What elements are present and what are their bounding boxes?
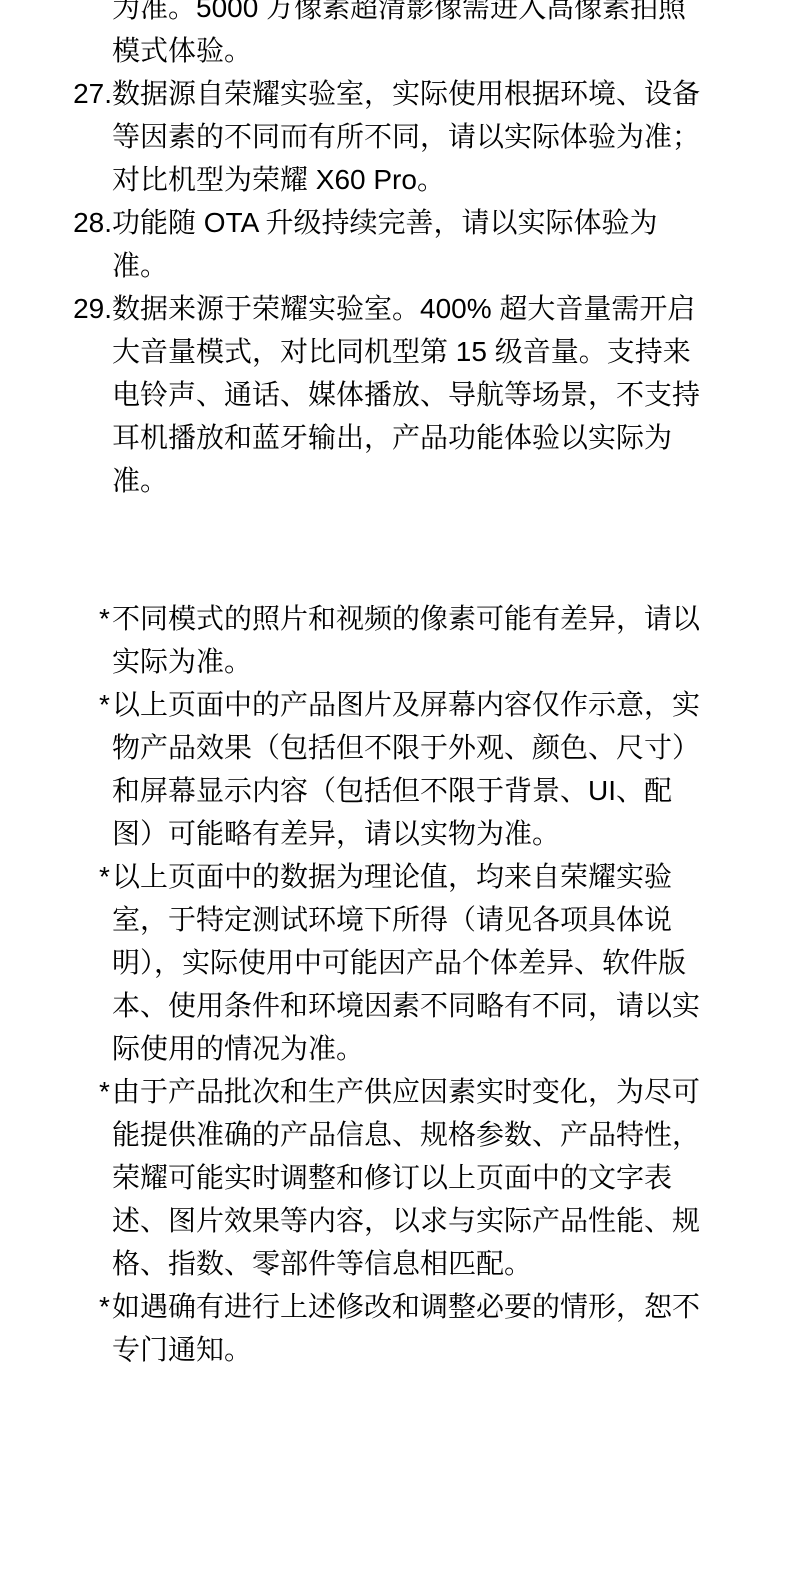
note-item-29: 29. 数据来源于荣耀实验室。400% 超大音量需开启大音量模式，对比同机型第 …	[66, 287, 790, 502]
starred-note-item: * 以上页面中的产品图片及屏幕内容仅作示意，实物产品效果（包括但不限于外观、颜色…	[99, 683, 790, 855]
starred-note-text: 以上页面中的数据为理论值，均来自荣耀实验室，于特定测试环境下所得（请见各项具体说…	[112, 855, 704, 1070]
starred-note-text: 由于产品批次和生产供应因素实时变化，为尽可能提供准确的产品信息、规格参数、产品特…	[112, 1070, 704, 1285]
note-marker	[66, 0, 112, 72]
note-item-continuation: 为准。5000 万像素超清影像需进入高像素拍照模式体验。	[66, 0, 790, 72]
note-marker: 28.	[66, 201, 112, 287]
starred-note-item: * 如遇确有进行上述修改和调整必要的情形，恕不专门通知。	[99, 1285, 790, 1371]
starred-note-text: 不同模式的照片和视频的像素可能有差异，请以实际为准。	[112, 597, 704, 683]
note-item-28: 28. 功能随 OTA 升级持续完善，请以实际体验为准。	[66, 201, 790, 287]
starred-note-text: 以上页面中的产品图片及屏幕内容仅作示意，实物产品效果（包括但不限于外观、颜色、尺…	[112, 683, 704, 855]
asterisk-marker: *	[99, 1070, 112, 1285]
note-text: 为准。5000 万像素超清影像需进入高像素拍照模式体验。	[112, 0, 704, 72]
note-marker: 29.	[66, 287, 112, 502]
note-marker: 27.	[66, 72, 112, 201]
starred-note-text: 如遇确有进行上述修改和调整必要的情形，恕不专门通知。	[112, 1285, 704, 1371]
asterisk-marker: *	[99, 683, 112, 855]
disclaimer-page: 为准。5000 万像素超清影像需进入高像素拍照模式体验。 27. 数据源自荣耀实…	[0, 0, 790, 1371]
starred-note-item: * 不同模式的照片和视频的像素可能有差异，请以实际为准。	[99, 597, 790, 683]
note-text: 数据源自荣耀实验室，实际使用根据环境、设备等因素的不同而有所不同，请以实际体验为…	[112, 72, 704, 201]
asterisk-marker: *	[99, 1285, 112, 1371]
asterisk-marker: *	[99, 855, 112, 1070]
note-text: 功能随 OTA 升级持续完善，请以实际体验为准。	[112, 201, 704, 287]
numbered-notes-section: 为准。5000 万像素超清影像需进入高像素拍照模式体验。 27. 数据源自荣耀实…	[0, 0, 790, 502]
note-item-27: 27. 数据源自荣耀实验室，实际使用根据环境、设备等因素的不同而有所不同，请以实…	[66, 72, 790, 201]
asterisk-marker: *	[99, 597, 112, 683]
starred-note-item: * 由于产品批次和生产供应因素实时变化，为尽可能提供准确的产品信息、规格参数、产…	[99, 1070, 790, 1285]
note-text: 数据来源于荣耀实验室。400% 超大音量需开启大音量模式，对比同机型第 15 级…	[112, 287, 704, 502]
starred-note-item: * 以上页面中的数据为理论值，均来自荣耀实验室，于特定测试环境下所得（请见各项具…	[99, 855, 790, 1070]
starred-notes-section: * 不同模式的照片和视频的像素可能有差异，请以实际为准。 * 以上页面中的产品图…	[0, 597, 790, 1371]
